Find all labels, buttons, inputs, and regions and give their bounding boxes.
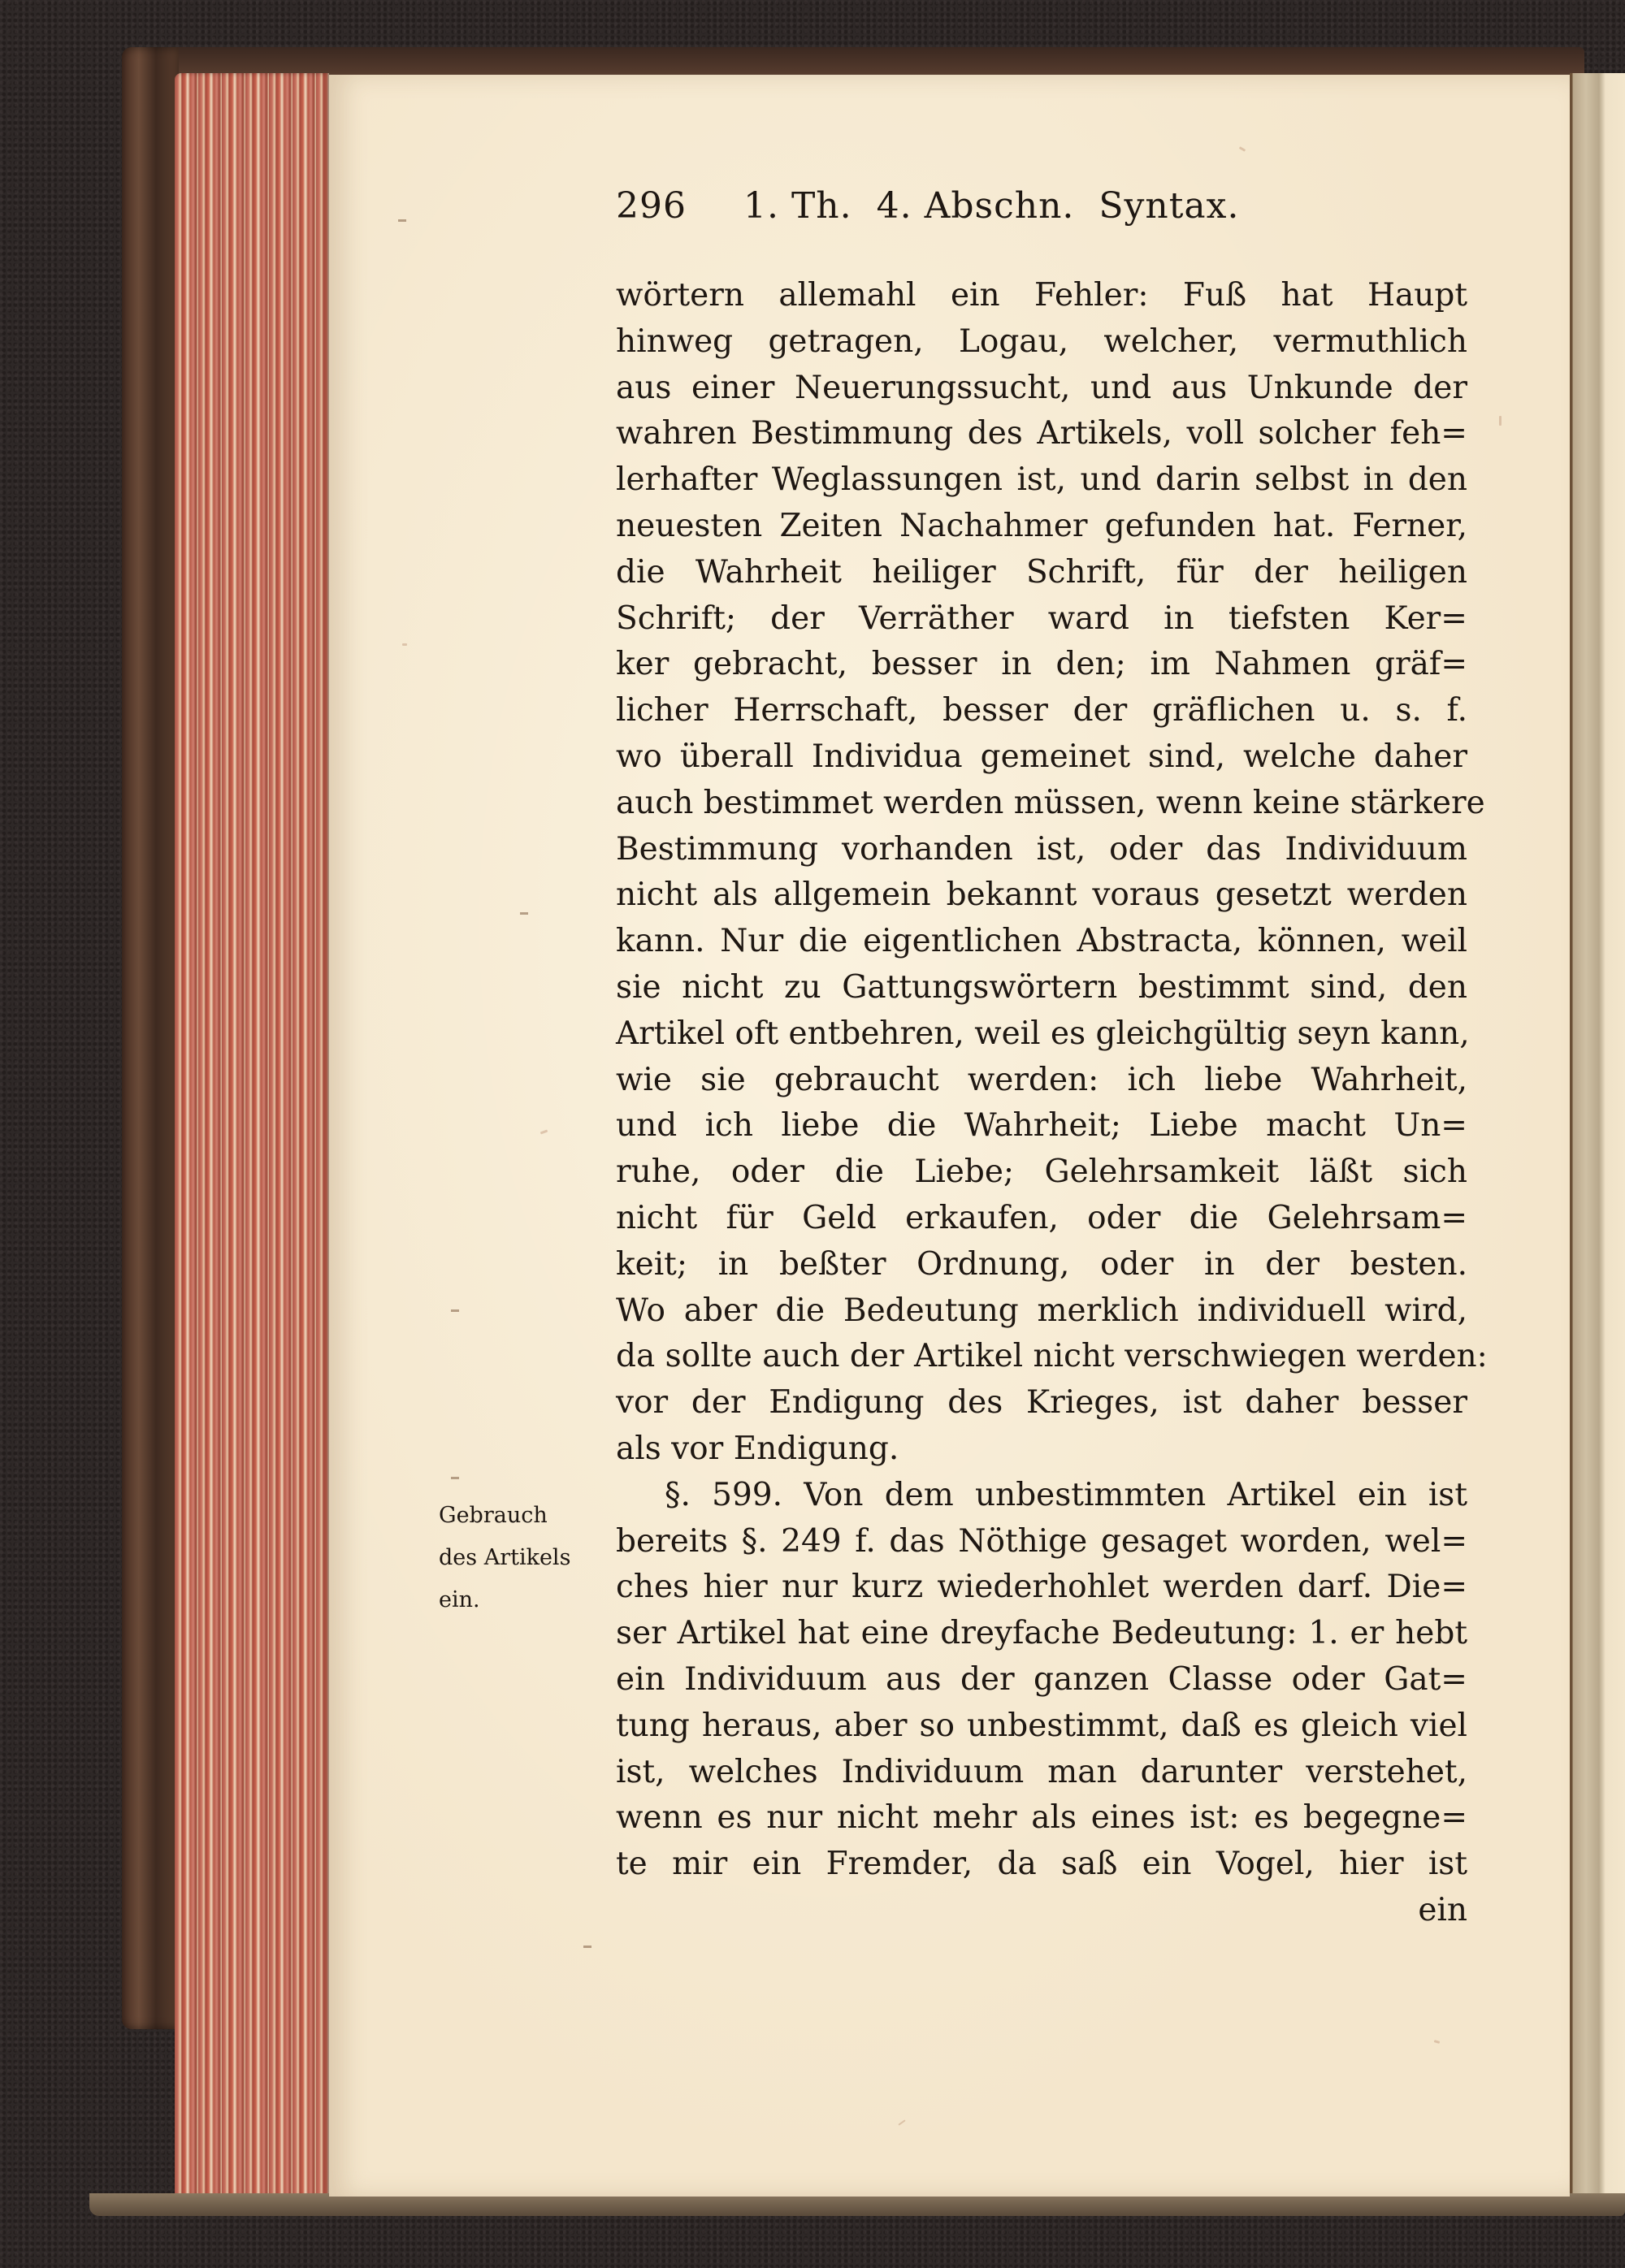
page-number: 296 [616, 185, 687, 227]
marginal-note-line: des Artikels [439, 1537, 601, 1579]
adjacent-page-edge [1570, 73, 1625, 2201]
text-line: auch bestimmet werden müssen, wenn keine… [616, 781, 1467, 827]
text-line: Bestimmung vorhanden ist, oder das Indiv… [616, 827, 1467, 873]
text-line: keit; in beßter Ordnung, oder in der bes… [616, 1242, 1467, 1288]
text-line: neuesten Zeiten Nachahmer gefunden hat. … [616, 504, 1467, 550]
text-line: ker gebracht, besser in den; im Nahmen g… [616, 642, 1467, 688]
text-line: wo überall Individua gemeinet sind, welc… [616, 734, 1467, 781]
text-line: wenn es nur nicht mehr als eines ist: es… [616, 1795, 1467, 1842]
margin-mark [451, 1309, 459, 1312]
text-line: ches hier nur kurz wiederhohlet werden d… [616, 1565, 1467, 1611]
text-line: nicht als allgemein bekannt voraus geset… [616, 872, 1467, 919]
running-head-title: Syntax. [1098, 185, 1239, 227]
text-line: bereits §. 249 f. das Nöthige gesaget wo… [616, 1519, 1467, 1565]
marginal-note-line: ein. [439, 1579, 601, 1621]
text-line: ser Artikel hat eine dreyfache Bedeutung… [616, 1611, 1467, 1657]
text-line: te mir ein Fremder, da saß ein Vogel, hi… [616, 1842, 1467, 1888]
text-line: Wo aber die Bedeutung merklich individue… [616, 1288, 1467, 1335]
book-cover-bottom [89, 2193, 1625, 2216]
running-head-section: 4. Abschn. [877, 185, 1075, 227]
book-cover-spine-edge [122, 47, 179, 2029]
text-line: sie nicht zu Gattungswörtern bestimmt si… [616, 965, 1467, 1011]
text-line: ein Individuum aus der ganzen Classe ode… [616, 1657, 1467, 1703]
margin-mark [398, 219, 406, 222]
text-line: und ich liebe die Wahrheit; Liebe macht … [616, 1103, 1467, 1149]
text-line: da sollte auch der Artikel nicht verschw… [616, 1334, 1467, 1380]
paper-fleck [1434, 2040, 1441, 2044]
text-line: Schrift; der Verräther ward in tiefsten … [616, 596, 1467, 643]
page-edges-stack [175, 73, 329, 2197]
margin-mark [451, 1477, 459, 1479]
running-head: 2961. Th. 4. Abschn. Syntax. [616, 185, 1239, 227]
paper-fleck [1499, 416, 1501, 426]
text-line: die Wahrheit heiliger Schrift, für der h… [616, 550, 1467, 596]
margin-mark [520, 912, 528, 915]
book-scan: 2961. Th. 4. Abschn. Syntax. wörtern all… [0, 0, 1625, 2268]
text-line: hinweg getragen, Logau, welcher, vermuth… [616, 319, 1467, 366]
marginal-note-line: Gebrauch [439, 1495, 601, 1537]
text-line: aus einer Neuerungssucht, und aus Unkund… [616, 366, 1467, 412]
text-line: kann. Nur die eigentlichen Abstracta, kö… [616, 919, 1467, 965]
paper-fleck [1239, 146, 1246, 152]
text-line: wie sie gebraucht werden: ich liebe Wahr… [616, 1058, 1467, 1104]
margin-mark [583, 1946, 591, 1948]
text-line: ist, welches Individuum man darunter ver… [616, 1750, 1467, 1796]
text-line: wahren Bestimmung des Artikels, voll sol… [616, 411, 1467, 457]
paper-fleck [540, 1130, 548, 1135]
text-line: tung heraus, aber so unbestimmt, daß es … [616, 1703, 1467, 1750]
text-line: lerhafter Weglassungen ist, und darin se… [616, 457, 1467, 504]
text-line: als vor Endigung. [616, 1426, 1467, 1473]
text-line: vor der Endigung des Krieges, ist daher … [616, 1380, 1467, 1426]
body-text: wörtern allemahl ein Fehler: Fuß hat Hau… [616, 273, 1467, 1934]
running-head-part: 1. Th. [743, 185, 852, 227]
text-line: Artikel oft entbehren, weil es gleichgül… [616, 1011, 1467, 1058]
paper-fleck [402, 643, 407, 646]
marginal-note: Gebrauch des Artikels ein. [439, 1495, 601, 1621]
text-line: licher Herrschaft, besser der gräflichen… [616, 688, 1467, 734]
paper-fleck [898, 2119, 905, 2125]
paragraph-start-line: §. 599. Von dem unbestimmten Artikel ein… [616, 1473, 1467, 1519]
text-line: ruhe, oder die Liebe; Gelehrsamkeit läßt… [616, 1149, 1467, 1196]
text-line: nicht für Geld erkaufen, oder die Gelehr… [616, 1196, 1467, 1242]
catchword: ein [616, 1888, 1467, 1934]
text-line: wörtern allemahl ein Fehler: Fuß hat Hau… [616, 273, 1467, 319]
